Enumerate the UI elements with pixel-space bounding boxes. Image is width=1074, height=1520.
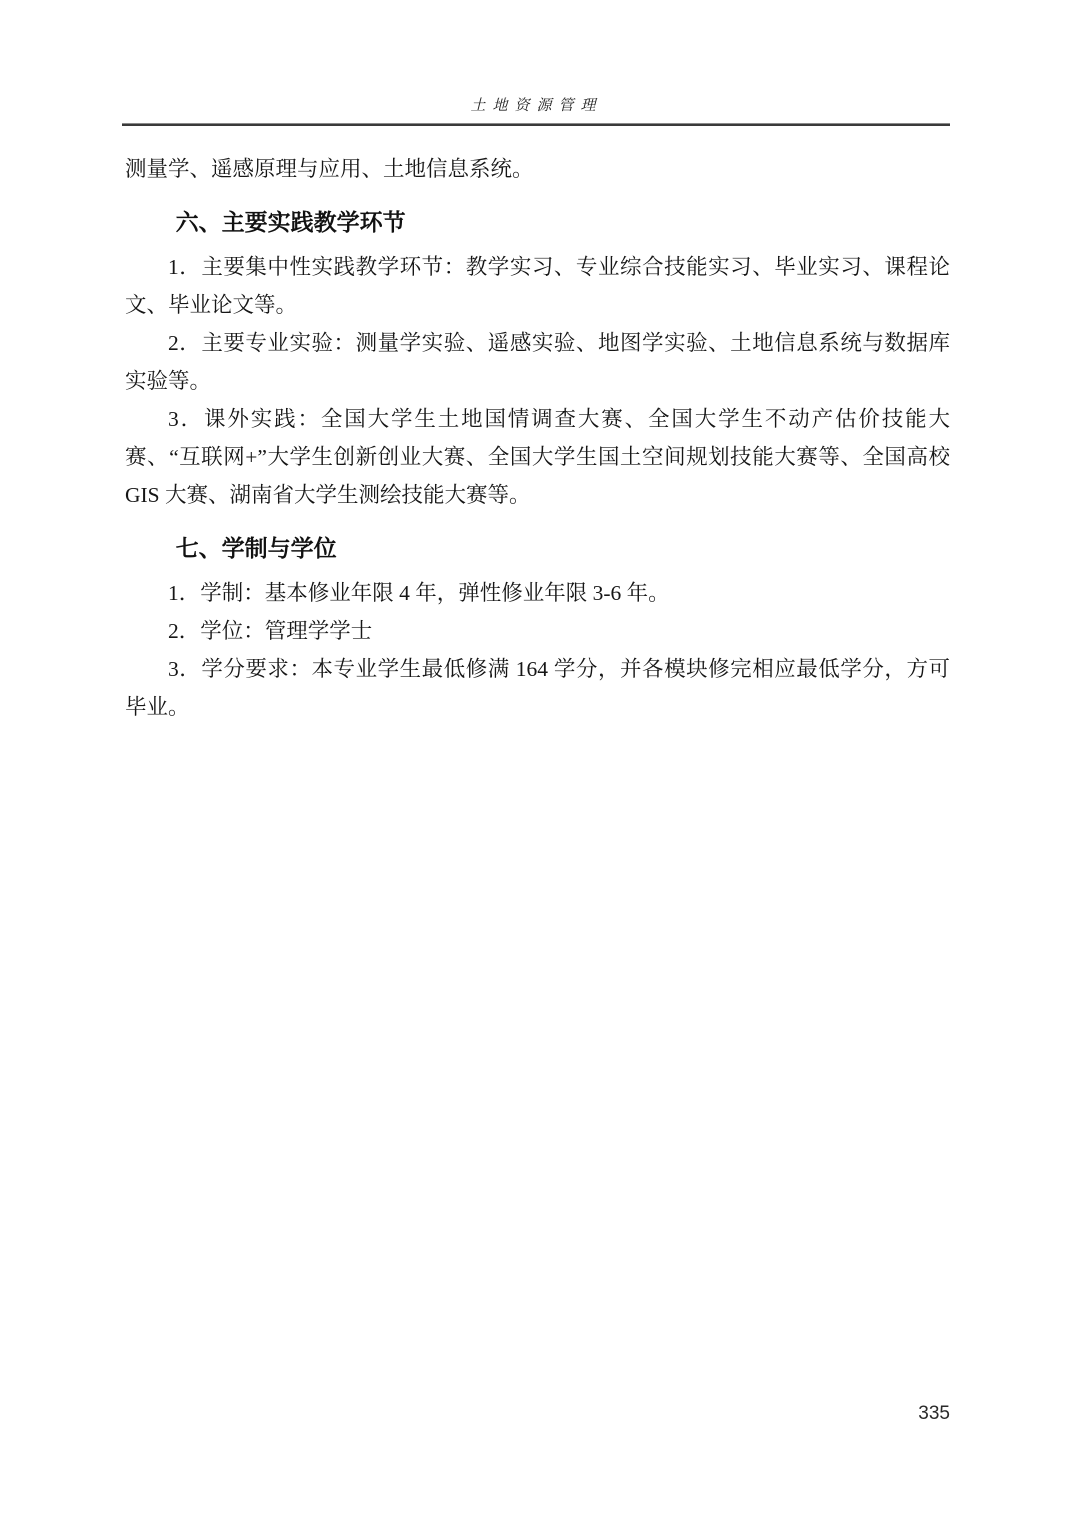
paragraph-degree-item-1: 1．学制：基本修业年限 4 年，弹性修业年限 3-6 年。 bbox=[125, 574, 950, 612]
page-content: 测量学、遥感原理与应用、土地信息系统。 六、主要实践教学环节 1．主要集中性实践… bbox=[125, 150, 950, 726]
document-page: 土地资源管理 测量学、遥感原理与应用、土地信息系统。 六、主要实践教学环节 1．… bbox=[0, 0, 1074, 1520]
paragraph-practice-item-1: 1．主要集中性实践教学环节：教学实习、专业综合技能实习、毕业实习、课程论文、毕业… bbox=[125, 248, 950, 324]
paragraph-degree-item-2: 2．学位：管理学学士 bbox=[125, 612, 950, 650]
paragraph-continuation: 测量学、遥感原理与应用、土地信息系统。 bbox=[125, 150, 950, 188]
paragraph-practice-item-3: 3．课外实践：全国大学生土地国情调查大赛、全国大学生不动产估价技能大赛、“互联网… bbox=[125, 400, 950, 514]
page-number: 335 bbox=[123, 1403, 950, 1425]
running-header-title: 土地资源管理 bbox=[470, 98, 602, 114]
running-header: 土地资源管理 bbox=[123, 94, 950, 115]
section-heading-practice-teaching: 六、主要实践教学环节 bbox=[125, 204, 950, 240]
paragraph-degree-item-3: 3．学分要求：本专业学生最低修满 164 学分，并各模块修完相应最低学分，方可毕… bbox=[125, 650, 950, 726]
paragraph-practice-item-2: 2．主要专业实验：测量学实验、遥感实验、地图学实验、土地信息系统与数据库实验等。 bbox=[125, 324, 950, 400]
header-rule bbox=[122, 123, 950, 126]
section-heading-schooling-degree: 七、学制与学位 bbox=[125, 530, 950, 566]
